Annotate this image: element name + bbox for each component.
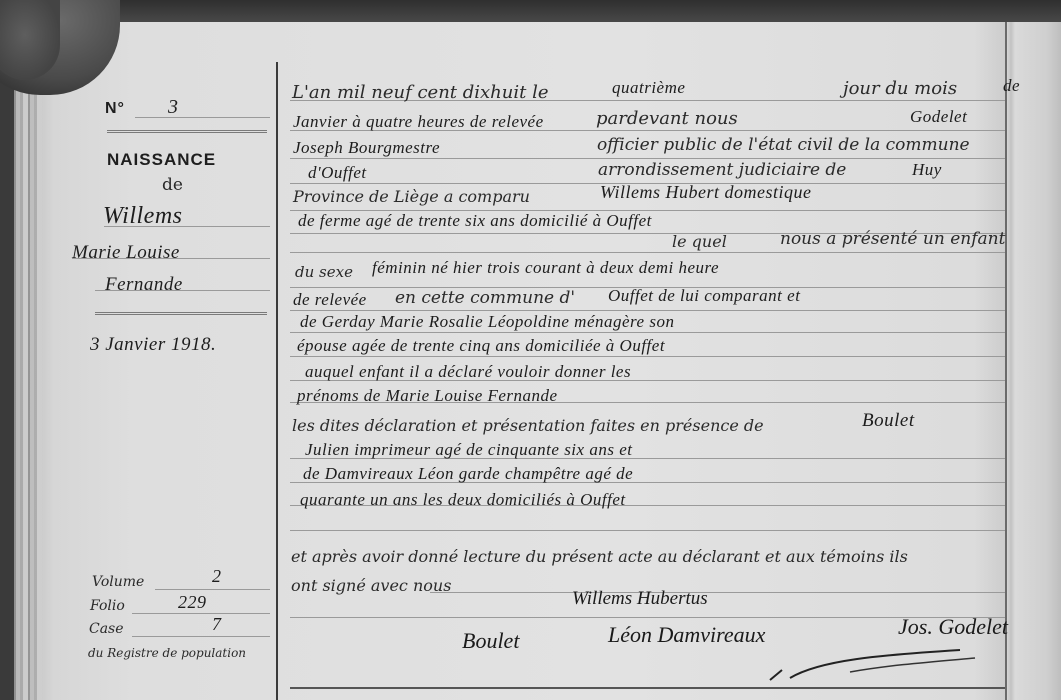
body-line-2-print: pardevant nous: [596, 108, 738, 129]
names-double-rule: [95, 312, 267, 315]
given-names-rule-1: [72, 258, 270, 259]
body-rule: [290, 252, 1005, 253]
folio-label: Folio: [90, 598, 125, 614]
holding-finger: [0, 0, 60, 80]
page-edge: [1005, 22, 1061, 700]
body-rule: [290, 530, 1005, 531]
body-line-3-print: officier public de l'état civil de la co…: [597, 135, 970, 155]
body-line-5-print: Province de Liège a comparu: [293, 187, 530, 206]
body-line-1-hand2: de: [1003, 76, 1020, 96]
child-given-names-2: Fernande: [105, 274, 183, 296]
volume-label: Volume: [92, 574, 144, 590]
case-rule: [132, 636, 270, 637]
header-double-rule: [107, 130, 267, 133]
officer-flourish: [760, 630, 990, 690]
body-line-9-hand2: Ouffet de lui comparant et: [608, 286, 800, 306]
body-rule: [290, 310, 1005, 311]
birth-date: 3 Janvier 1918.: [90, 334, 216, 356]
body-line-6-hand: de ferme agé de trente six ans domicilié…: [298, 211, 652, 231]
folio-value: 229: [178, 592, 207, 613]
body-line-8-print: du sexe: [295, 263, 353, 281]
body-rule: [290, 158, 1005, 159]
child-given-names-1: Marie Louise: [72, 242, 180, 264]
margin-divider: [276, 62, 278, 700]
case-value: 7: [212, 614, 222, 635]
body-line-9-print: en cette commune d': [395, 288, 575, 308]
body-rule: [290, 332, 1005, 333]
scan-top-shadow: [0, 0, 1061, 24]
body-line-15-hand: Julien imprimeur agé de cinquante six an…: [305, 440, 632, 460]
signature-witness-2: Léon Damvireaux: [608, 622, 765, 648]
body-line-9-hand: de relevée: [293, 290, 367, 310]
number-rule: [135, 117, 270, 118]
body-line-1-print2: jour du mois: [843, 78, 957, 99]
number-label: N°: [105, 100, 125, 118]
body-rule: [430, 592, 1005, 593]
number-value: 3: [168, 96, 179, 119]
body-line-10-hand: de Gerday Marie Rosalie Léopoldine ménag…: [300, 312, 674, 332]
body-line-4-hand2: Huy: [912, 160, 942, 180]
body-line-4-print: arrondissement judiciaire de: [598, 160, 846, 180]
body-line-4-hand: d'Ouffet: [308, 163, 367, 183]
body-line-16-hand: de Damvireaux Léon garde champêtre agé d…: [303, 464, 633, 484]
body-line-3-hand: Joseph Bourgmestre: [293, 138, 440, 158]
folio-rule: [132, 613, 270, 614]
body-line-2-hand: Janvier à quatre heures de relevée: [293, 112, 544, 132]
record-type: NAISSANCE: [107, 150, 216, 170]
book-binding: [14, 22, 42, 700]
body-rule: [290, 356, 1005, 357]
body-line-13-hand: prénoms de Marie Louise Fernande: [297, 386, 558, 406]
body-line-8-hand: féminin né hier trois courant à deux dem…: [372, 258, 719, 278]
body-line-5-hand: Willems Hubert domestique: [600, 182, 811, 203]
volume-rule: [155, 589, 270, 590]
body-line-1-hand: quatrième: [612, 78, 685, 98]
body-line-7-print: le quel: [672, 232, 727, 251]
closing-line-2: ont signé avec nous: [291, 576, 451, 595]
closing-line-1: et après avoir donné lecture du présent …: [291, 547, 908, 566]
body-line-11-hand: épouse agée de trente cinq ans domicilié…: [297, 336, 665, 356]
body-line-12-hand: auquel enfant il a déclaré vouloir donne…: [305, 362, 631, 382]
body-line-7-print2: nous a présenté un enfant: [780, 229, 1005, 249]
given-names-rule-2: [95, 290, 270, 291]
volume-value: 2: [212, 566, 222, 587]
surname-rule: [104, 226, 270, 227]
population-register-label: du Registre de population: [88, 646, 246, 660]
case-label: Case: [89, 621, 124, 637]
body-line-14-print: les dites déclaration et présentation fa…: [292, 416, 764, 435]
body-line-1-print: L'an mil neuf cent dixhuit le: [292, 82, 549, 103]
body-line-2-hand2: Godelet: [910, 107, 967, 127]
signature-declarant: Willems Hubertus: [572, 588, 708, 610]
de-label: de: [162, 175, 183, 195]
body-line-17-hand: quarante un ans les deux domiciliés à Ou…: [300, 490, 626, 510]
body-line-14-hand: Boulet: [862, 410, 915, 432]
signature-witness-1: Boulet: [462, 628, 519, 654]
